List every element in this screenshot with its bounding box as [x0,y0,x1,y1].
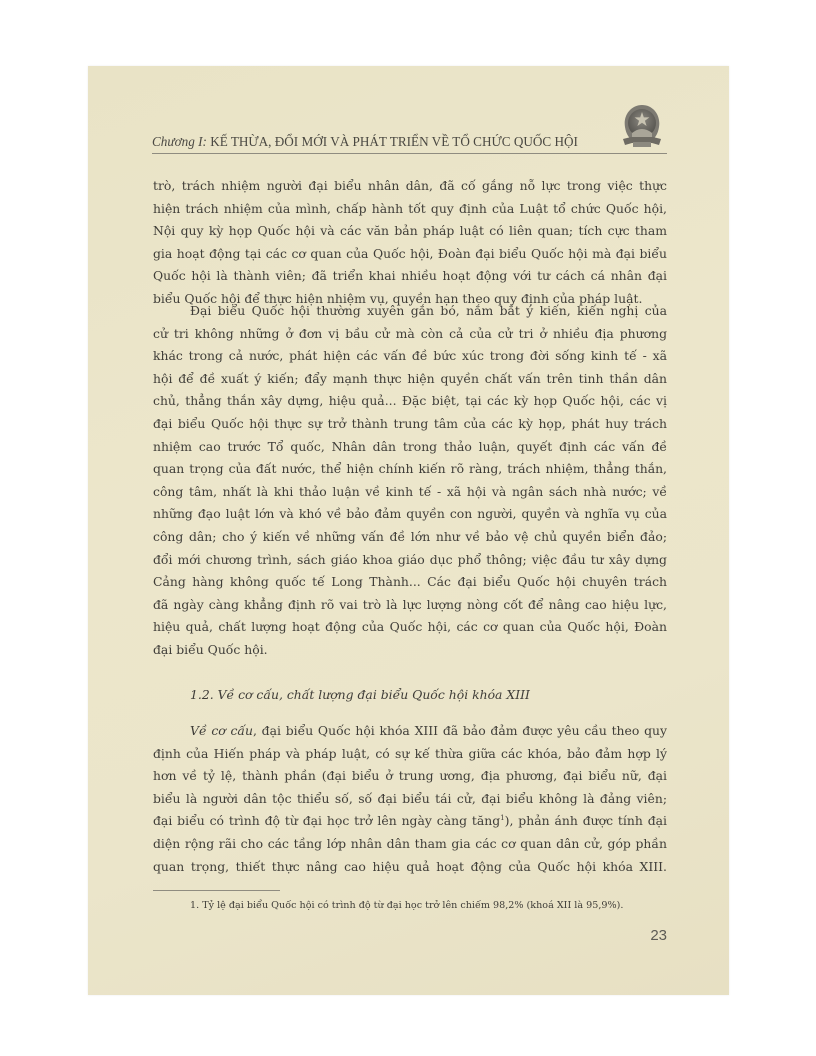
running-header: Chương I: KẾ THỪA, ĐỔI MỚI VÀ PHÁT TRIỂN… [152,133,667,154]
text-line: cử tri không những ở đơn vị bầu cử mà cò… [153,323,667,346]
text-line: gia hoạt động tại các cơ quan của Quốc h… [153,243,667,266]
text-line: trò, trách nhiệm người đại biểu nhân dân… [153,175,667,198]
text-line: đại biểu Quốc hội thực sự trở thành trun… [153,413,667,436]
footnote: 1. Tỷ lệ đại biểu Quốc hội có trình độ t… [190,900,623,911]
text-line: đại biểu Quốc hội. [153,639,667,662]
text-line: hiệu quả, chất lượng hoạt động của Quốc … [153,616,667,639]
text-line: hiện trách nhiệm của mình, chấp hành tốt… [153,198,667,221]
line-before-ref: đại biểu có trình độ từ đại học trở lên … [153,813,500,828]
text-line: Đại biểu Quốc hội thường xuyên gắn bó, n… [153,300,667,323]
line-after-ref: ), phản ánh được tính đại [505,813,667,828]
text-line: chủ, thẳng thắn xây dựng, hiệu quả... Đặ… [153,390,667,413]
text-line: Cảng hàng không quốc tế Long Thành... Cá… [153,571,667,594]
chapter-label: Chương I: [152,134,207,149]
text-line: khác trong cả nước, phát hiện các vấn đề… [153,345,667,368]
text-line: đổi mới chương trình, sách giáo khoa giá… [153,549,667,572]
text-line: Quốc hội là thành viên; đã triển khai nh… [153,265,667,288]
text-line: đã ngày càng khẳng định rõ vai trò là lự… [153,594,667,617]
text-line: Về cơ cấu, đại biểu Quốc hội khóa XIII đ… [153,720,667,743]
chapter-title: KẾ THỪA, ĐỔI MỚI VÀ PHÁT TRIỂN VỀ TỔ CHỨ… [207,134,578,149]
text-line: biểu là người dân tộc thiểu số, số đại b… [153,788,667,811]
line-rest: , đại biểu Quốc hội khóa XIII đã bảo đảm… [253,723,667,738]
paragraph-continuation: trò, trách nhiệm người đại biểu nhân dân… [153,175,667,311]
footnote-divider [153,890,280,891]
text-line: những đạo luật lớn và khó về bảo đảm quy… [153,503,667,526]
paragraph-structure: Về cơ cấu, đại biểu Quốc hội khóa XIII đ… [153,720,667,878]
text-line: hơn về tỷ lệ, thành phần (đại biểu ở tru… [153,765,667,788]
text-line: nhiệm cao trước Tổ quốc, Nhân dân trong … [153,436,667,459]
text-line: Nội quy kỳ họp Quốc hội và các văn bản p… [153,220,667,243]
text-line: đại biểu có trình độ từ đại học trở lên … [153,810,667,833]
section-heading: 1.2. Về cơ cấu, chất lượng đại biểu Quốc… [190,687,530,702]
text-line: định của Hiến pháp và pháp luật, có sự k… [153,743,667,766]
national-emblem-icon [619,101,665,151]
lead-italic: Về cơ cấu [190,723,253,738]
text-line: diện rộng rãi cho các tầng lớp nhân dân … [153,833,667,856]
text-line: quan trọng, thiết thực nâng cao hiệu quả… [153,856,667,879]
text-line: hội để đề xuất ý kiến; đẩy mạnh thực hiệ… [153,368,667,391]
book-page: Chương I: KẾ THỪA, ĐỔI MỚI VÀ PHÁT TRIỂN… [88,66,729,995]
paragraph-deputies-activities: Đại biểu Quốc hội thường xuyên gắn bó, n… [153,300,667,662]
text-line: quan trọng của đất nước, thể hiện chính … [153,458,667,481]
text-line: công dân; cho ý kiến về những vấn đề lớn… [153,526,667,549]
page-number: 23 [649,927,667,944]
text-line: công tâm, nhất là khi thảo luận về kinh … [153,481,667,504]
